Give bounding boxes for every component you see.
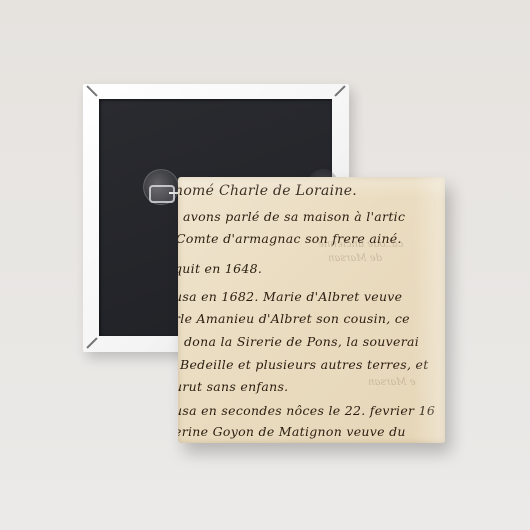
- button-front-face: ca..ode ancienne de Marsan e Marsan nomé…: [178, 177, 445, 443]
- manuscript-line: Bedeille et plusieurs autres terres, et: [180, 357, 429, 372]
- ink-bleed: e Marsan: [368, 377, 416, 388]
- manuscript-line: rle Amanieu d'Albret son cousin, ce: [178, 311, 410, 326]
- manuscript-line: s avons parlé de sa maison à l'artic: [178, 209, 405, 224]
- manuscript-line: dona la Sirerie de Pons, la souverai: [184, 334, 419, 349]
- frame-corner: [86, 85, 97, 96]
- frame-corner: [334, 85, 345, 96]
- manuscript-line: nomé Charle de Loraine.: [178, 183, 357, 199]
- frame-corner: [86, 337, 97, 348]
- product-scene: ca..ode ancienne de Marsan e Marsan nomé…: [0, 0, 530, 530]
- manuscript-line: erine Goyon de Matignon veuve du: [178, 424, 406, 439]
- manuscript-line: Comte d'armagnac son frere ainé.: [178, 231, 402, 246]
- pin-clasp: [149, 185, 175, 203]
- manuscript-line: usa en 1682. Marie d'Albret veuve: [178, 289, 402, 304]
- manuscript-text: ca..ode ancienne de Marsan e Marsan nomé…: [178, 177, 445, 443]
- manuscript-line: quit en 1648.: [178, 261, 262, 276]
- manuscript-line: du Seignelai Ministre et Secret: [208, 441, 416, 443]
- ink-bleed: de Marsan: [328, 253, 382, 264]
- manuscript-line: urut sans enfans.: [178, 379, 288, 394]
- manuscript-line: usa en secondes nôces le 22. fevrier 16: [178, 403, 435, 418]
